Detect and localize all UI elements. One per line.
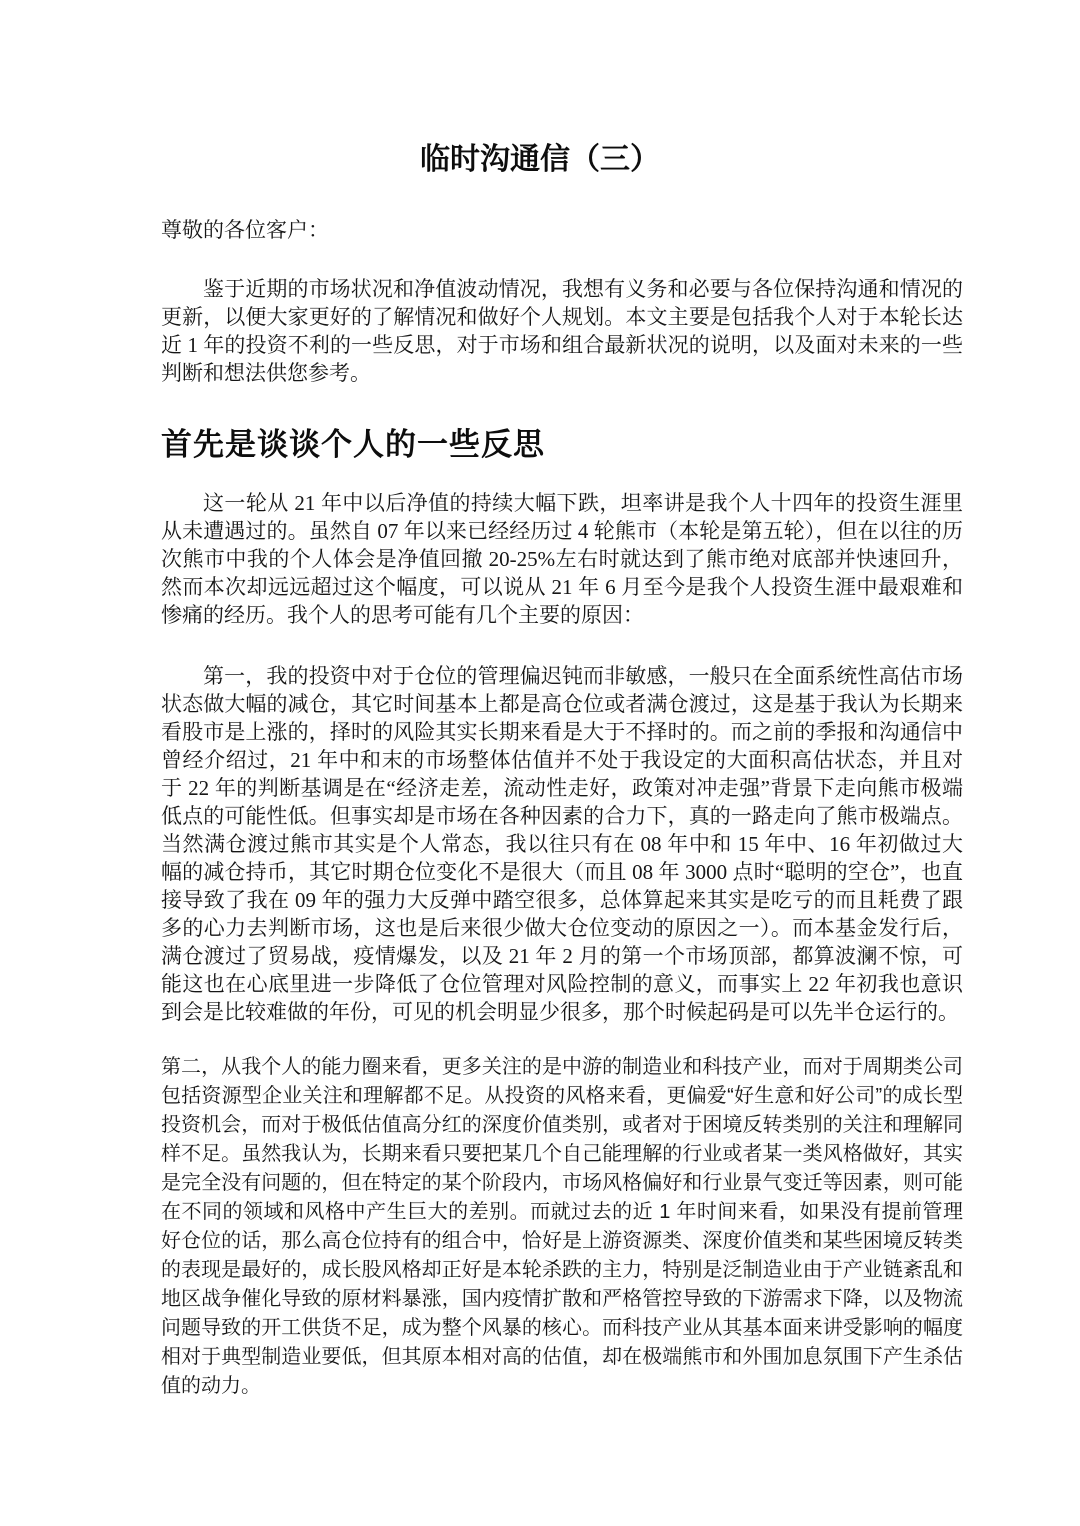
paragraph-reason-1-position-management: 第一，我的投资中对于仓位的管理偏迟钝而非敏感，一般只在全面系统性高估市场状态做大…	[161, 662, 963, 1026]
document-title: 临时沟通信（三）	[0, 140, 1080, 180]
text-column: 尊敬的各位客户： 鉴于近期的市场状况和净值波动情况，我想有义务和必要与各位保持沟…	[161, 216, 963, 1401]
greeting-line: 尊敬的各位客户：	[161, 216, 963, 244]
intro-paragraph: 鉴于近期的市场状况和净值波动情况，我想有义务和必要与各位保持沟通和情况的更新，以…	[161, 275, 963, 387]
paragraph-drawdown-overview: 这一轮从 21 年中以后净值的持续大幅下跌，坦率讲是我个人十四年的投资生涯里从未…	[161, 489, 963, 629]
document-page: 临时沟通信（三） 尊敬的各位客户： 鉴于近期的市场状况和净值波动情况，我想有义务…	[0, 0, 1080, 1526]
section-heading-reflections: 首先是谈谈个人的一些反思	[161, 423, 963, 466]
paragraph-reason-2-circle-of-competence: 第二，从我个人的能力圈来看，更多关注的是中游的制造业和科技产业，而对于周期类公司…	[161, 1053, 963, 1401]
